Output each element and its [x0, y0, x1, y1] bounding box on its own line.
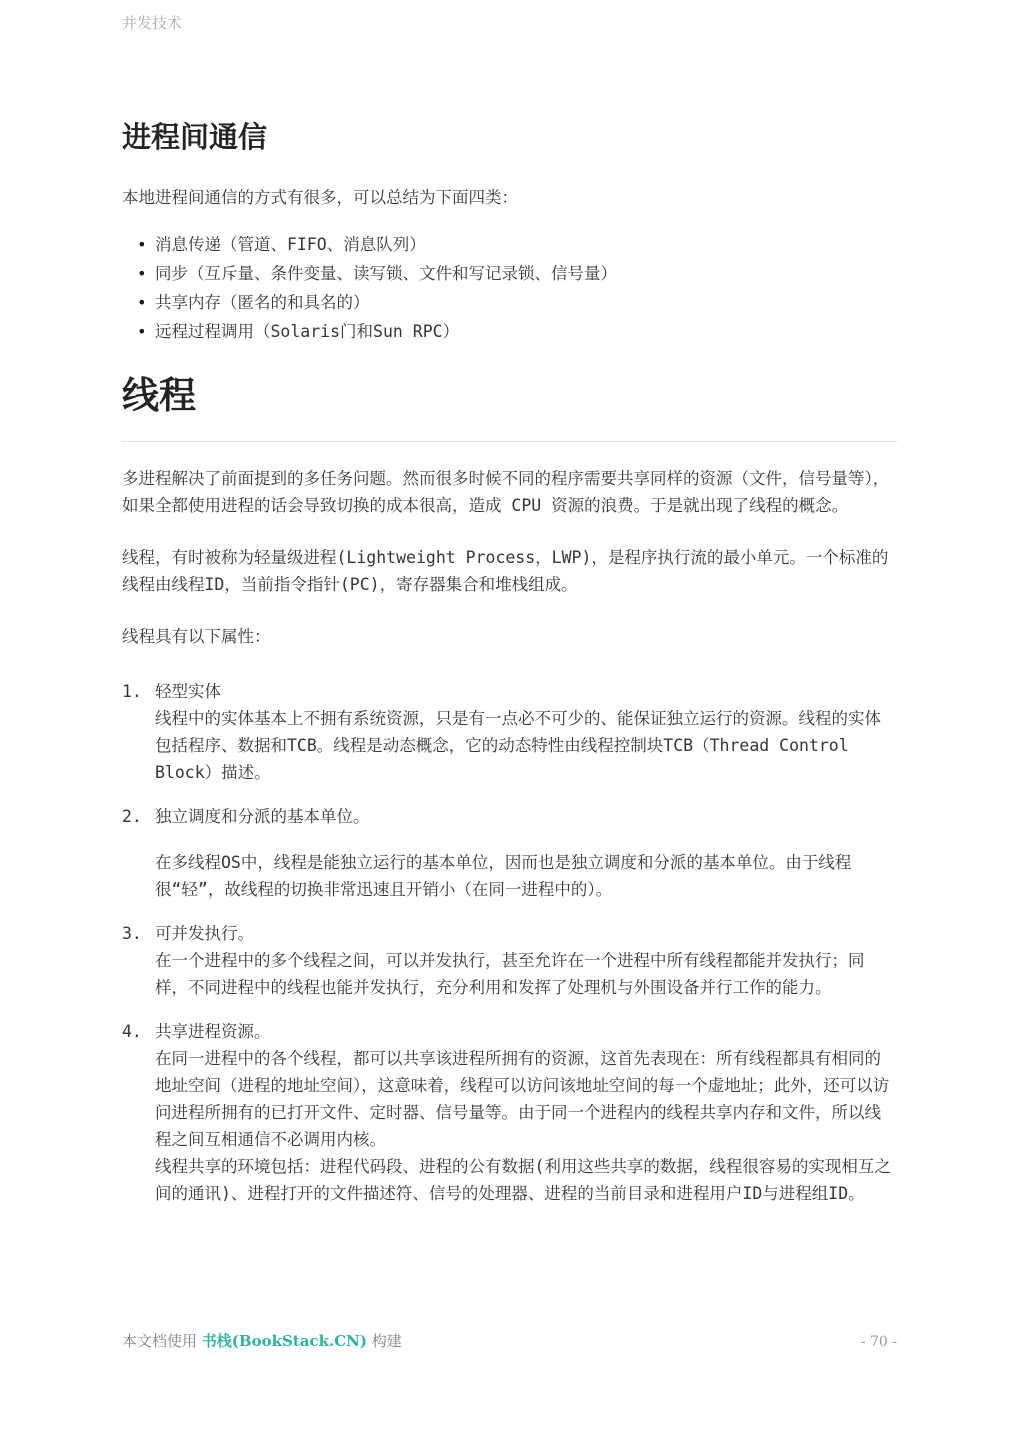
list-item: • 共享内存（匿名的和具名的） [122, 289, 897, 316]
bullet-text: 同步（互斥量、条件变量、读写锁、文件和写记录锁、信号量） [155, 264, 617, 283]
property-item: 3. 可并发执行。 在一个进程中的多个线程之间，可以并发执行，甚至允许在一个进程… [122, 920, 897, 1001]
property-title: 轻型实体 [155, 678, 897, 705]
threads-paragraph: 多进程解决了前面提到的多任务问题。然而很多时候不同的程序需要共享同样的资源（文件… [122, 465, 897, 519]
property-item: 2. 独立调度和分派的基本单位。 在多线程OS中，线程是能独立运行的基本单位，因… [122, 803, 897, 903]
thread-properties-list: 1. 轻型实体 线程中的实体基本上不拥有系统资源，只是有一点必不可少的、能保证独… [122, 678, 897, 1207]
bookstack-link[interactable]: 书栈(BookStack.CN) [202, 1332, 367, 1350]
property-paragraph: 线程中的实体基本上不拥有系统资源，只是有一点必不可少的、能保证独立运行的资源。线… [155, 705, 897, 786]
property-item: 1. 轻型实体 线程中的实体基本上不拥有系统资源，只是有一点必不可少的、能保证独… [122, 678, 897, 786]
list-item: • 消息传递（管道、FIFO、消息队列） [122, 231, 897, 258]
footer-suffix: 构建 [372, 1332, 402, 1350]
bullet-icon: • [137, 231, 147, 258]
property-paragraph: 线程共享的环境包括：进程代码段、进程的公有数据(利用这些共享的数据，线程很容易的… [155, 1153, 897, 1207]
bullet-icon: • [137, 289, 147, 316]
page-footer: 本文档使用 书栈(BookStack.CN) 构建 - 70 - [122, 1330, 897, 1351]
footer-prefix: 本文档使用 [122, 1332, 197, 1350]
list-item: • 同步（互斥量、条件变量、读写锁、文件和写记录锁、信号量） [122, 260, 897, 287]
property-title: 可并发执行。 [155, 920, 897, 947]
threads-paragraph: 线程，有时被称为轻量级进程(Lightweight Process，LWP)，是… [122, 544, 897, 598]
footer-attribution: 本文档使用 书栈(BookStack.CN) 构建 [122, 1330, 402, 1351]
page-number: - 70 - [861, 1334, 897, 1350]
document-page: 并发技术 进程间通信 本地进程间通信的方式有很多，可以总结为下面四类： • 消息… [0, 0, 1019, 1207]
threads-section-heading: 线程 [122, 373, 897, 442]
bullet-icon: • [137, 260, 147, 287]
bullet-icon: • [137, 318, 147, 345]
ipc-section-heading: 进程间通信 [122, 118, 897, 156]
property-paragraph: 在一个进程中的多个线程之间，可以并发执行，甚至允许在一个进程中所有线程都能并发执… [155, 947, 897, 1001]
property-number: 4. [122, 1018, 142, 1045]
property-paragraph: 在同一进程中的各个线程，都可以共享该进程所拥有的资源，这首先表现在：所有线程都具… [155, 1045, 897, 1153]
list-item: • 远程过程调用（Solaris门和Sun RPC） [122, 318, 897, 345]
property-title: 共享进程资源。 [155, 1018, 897, 1045]
property-paragraph: 在多线程OS中，线程是能独立运行的基本单位，因而也是独立调度和分派的基本单位。由… [155, 849, 897, 903]
property-number: 1. [122, 678, 142, 705]
bullet-text: 共享内存（匿名的和具名的） [155, 293, 370, 312]
property-title: 独立调度和分派的基本单位。 [155, 803, 897, 830]
property-number: 3. [122, 920, 142, 947]
ipc-bullet-list: • 消息传递（管道、FIFO、消息队列） • 同步（互斥量、条件变量、读写锁、文… [122, 231, 897, 345]
threads-properties-lead: 线程具有以下属性： [122, 623, 897, 650]
bullet-text: 消息传递（管道、FIFO、消息队列） [155, 235, 426, 254]
ipc-intro-paragraph: 本地进程间通信的方式有很多，可以总结为下面四类： [122, 184, 897, 211]
property-number: 2. [122, 803, 142, 830]
bullet-text: 远程过程调用（Solaris门和Sun RPC） [155, 322, 459, 341]
running-header: 并发技术 [122, 0, 897, 33]
property-item: 4. 共享进程资源。 在同一进程中的各个线程，都可以共享该进程所拥有的资源，这首… [122, 1018, 897, 1207]
